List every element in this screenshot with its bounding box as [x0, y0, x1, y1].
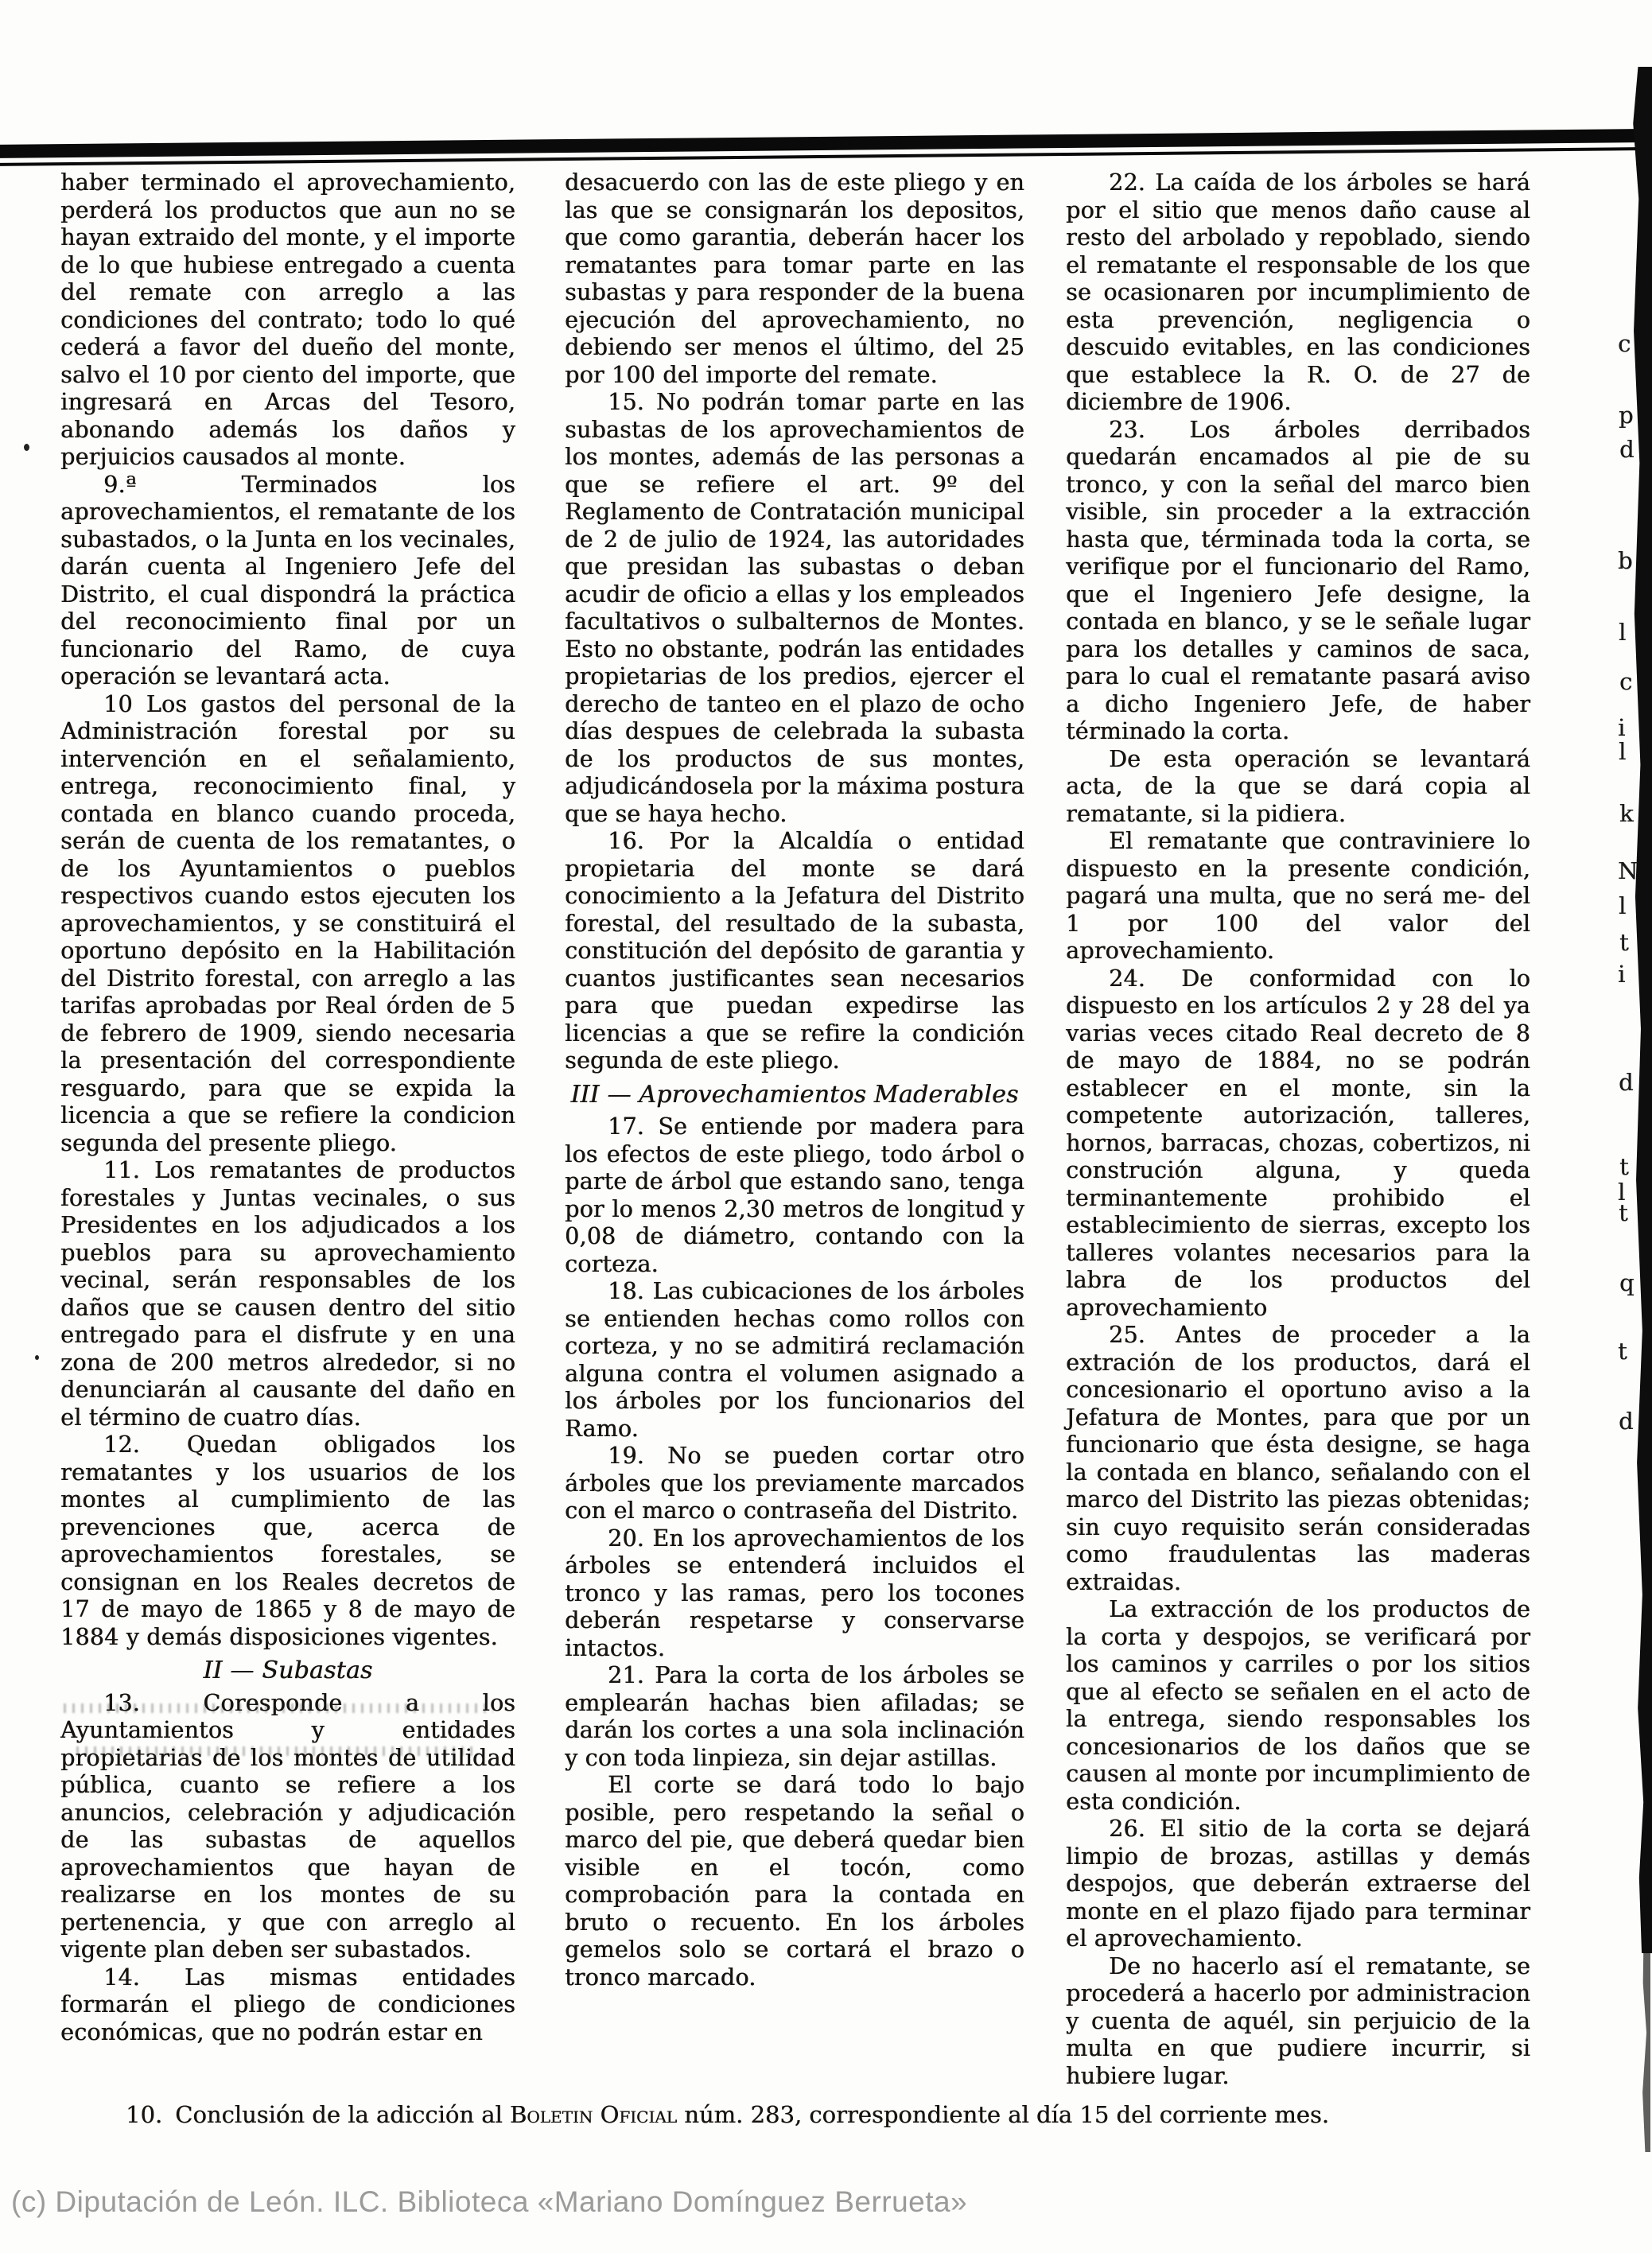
text-column-1: haber terminado el aprovechamiento, perd…: [60, 169, 515, 2046]
page-edge-letter: d: [1619, 1408, 1634, 1435]
paragraph: El corte se dará todo lo bajo posible, p…: [565, 1772, 1024, 1991]
text-column-3: 22. La caída de los árboles se hará por …: [1066, 169, 1530, 2090]
scan-speck: [35, 1355, 39, 1360]
paragraph: 15. No podrán tomar parte en las subasta…: [565, 389, 1024, 828]
paragraph: haber terminado el aprovechamiento, perd…: [60, 169, 515, 472]
paragraph: 19. No se pueden cortar otro árboles que…: [565, 1443, 1024, 1525]
page-edge-letter: t: [1619, 1199, 1628, 1226]
page-edge-letter: N: [1618, 857, 1638, 884]
page-edge-letter: p: [1619, 402, 1634, 429]
page-edge-letter: c: [1619, 668, 1632, 695]
page-edge-letter: d: [1619, 1069, 1634, 1096]
section-heading: III — Aprovechamientos Maderables: [565, 1082, 1024, 1109]
paragraph: 25. Antes de proceder a la extración de …: [1066, 1322, 1530, 1596]
paragraph: 22. La caída de los árboles se hará por …: [1066, 169, 1530, 417]
paragraph: 17. Se entiende por madera para los efec…: [565, 1113, 1024, 1278]
page-top-rule: [0, 129, 1652, 166]
section-heading: II — Subastas: [60, 1657, 515, 1685]
paragraph: 20. En los aprovechamientos de los árbol…: [565, 1525, 1024, 1663]
paragraph: 23. Los árboles derribados quedarán enca…: [1066, 417, 1530, 746]
top-rule-thick-bar: [0, 129, 1652, 158]
page-edge-letter: l: [1619, 619, 1626, 646]
text-column-2: desacuerdo con las de este pliego y en l…: [565, 169, 1024, 1991]
paragraph: La extracción de los productos de la cor…: [1066, 1596, 1530, 1816]
paragraph: 9.ª Terminados los aprovechamientos, el …: [60, 472, 515, 691]
page-edge-letter: b: [1618, 547, 1633, 574]
paragraph: 11. Los rematantes de productos forestal…: [60, 1157, 515, 1431]
page-edge-letter: l: [1619, 738, 1626, 765]
page-edge-letter: t: [1618, 1338, 1627, 1365]
footnote-number: 10.: [126, 2101, 162, 2128]
library-watermark: (c) Diputación de León. ILC. Biblioteca …: [11, 2185, 967, 2219]
page-edge-letter: k: [1619, 800, 1634, 827]
page-edge-letter: q: [1619, 1269, 1635, 1296]
paragraph: 21. Para la corta de los árboles se empl…: [565, 1662, 1024, 1772]
page-edge-letter: i: [1618, 714, 1625, 741]
paragraph: El rematante que contraviniere lo dispue…: [1066, 828, 1530, 965]
paragraph: 16. Por la Alcaldía o entidad propietari…: [565, 828, 1024, 1075]
page-edge-letter: i: [1618, 961, 1625, 988]
scan-speck: [24, 444, 29, 451]
paragraph: De no hacerlo así el rematante, se proce…: [1066, 1953, 1530, 2091]
paragraph: 14. Las mismas entidades formarán el pli…: [60, 1964, 515, 2047]
footnote-text-pre: Conclusión de la adicción al: [175, 2101, 510, 2128]
page-edge-letter: t: [1619, 929, 1629, 956]
scan-border-right: [1631, 67, 1652, 1953]
footnote: 10.Conclusión de la adicción al Boletin …: [126, 2101, 1329, 2128]
page-edge-letter: t: [1619, 1153, 1629, 1180]
paragraph: 12. Quedan obligados los rematantes y lo…: [60, 1431, 515, 1651]
scan-smudge: [64, 1703, 493, 1713]
scan-border-right-tail: [1642, 1953, 1650, 2152]
paragraph: 10 Los gastos del personal de la Adminis…: [60, 691, 515, 1158]
paragraph: De esta operación se levantará acta, de …: [1066, 746, 1530, 829]
paragraph: 26. El sitio de la corta se dejará limpi…: [1066, 1816, 1530, 1953]
page-edge-letter: d: [1619, 436, 1635, 463]
page-edge-letter: c: [1618, 330, 1631, 357]
scanned-page: haber terminado el aprovechamiento, perd…: [0, 0, 1652, 2253]
paragraph: 18. Las cubicaciones de los árboles se e…: [565, 1278, 1024, 1443]
page-edge-letter: l: [1619, 892, 1626, 919]
footnote-journal-name: Boletin Oficial: [510, 2101, 677, 2128]
footnote-text-post: núm. 283, correspondiente al día 15 del …: [677, 2101, 1329, 2128]
paragraph: 13. Coresponde a los Ayuntamientos y ent…: [60, 1690, 515, 1964]
paragraph: 24. De conformidad con lo dispuesto en l…: [1066, 965, 1530, 1323]
scan-smudge: [76, 1746, 474, 1756]
paragraph: desacuerdo con las de este pliego y en l…: [565, 169, 1024, 389]
